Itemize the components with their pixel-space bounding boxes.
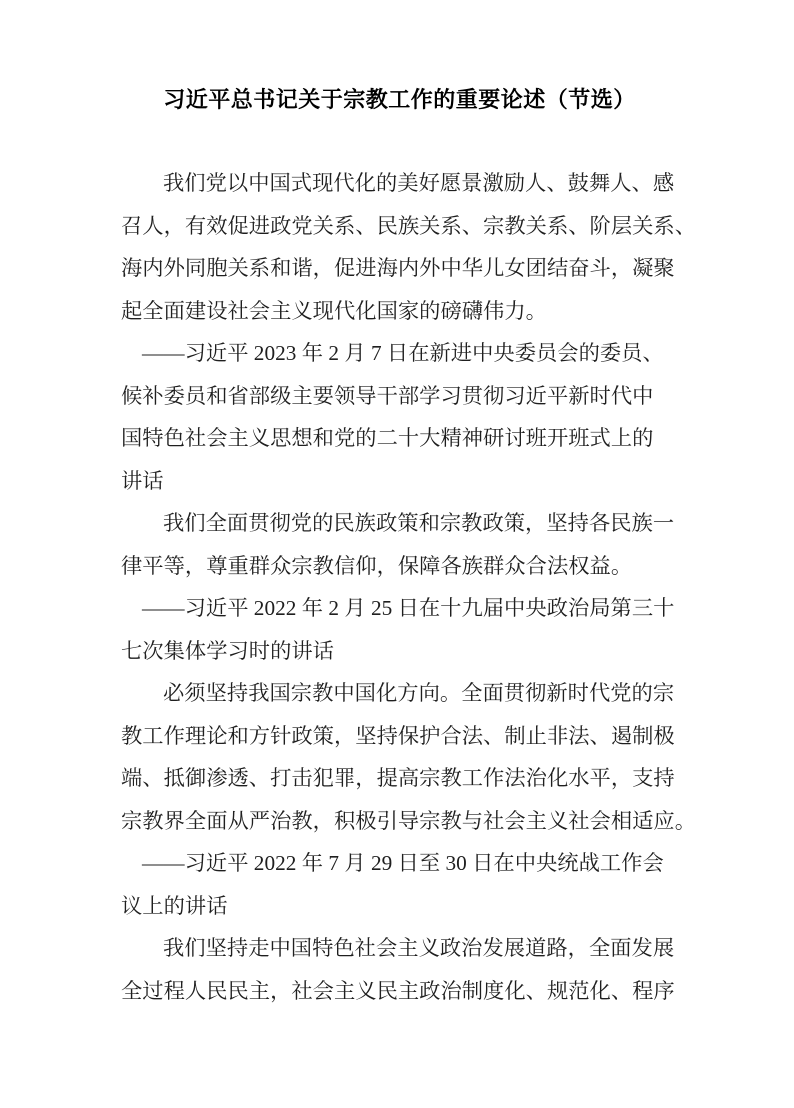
attribution-paragraph: ——习近平 2022 年 7 月 29 日至 30 日在中央统战工作会议上的讲话 [121, 842, 678, 927]
document-body: 我们党以中国式现代化的美好愿景激励人、鼓舞人、感召人，有效促进政党关系、民族关系… [121, 162, 678, 1012]
paragraph-line: 必须坚持我国宗教中国化方向。全面贯彻新时代党的宗 [121, 672, 678, 715]
paragraph-line: 我们坚持走中国特色社会主义政治发展道路，全面发展 [121, 927, 678, 970]
paragraph-line: ——习近平 2022 年 2 月 25 日在十九届中央政治局第三十 [121, 587, 678, 630]
body-paragraph: 我们全面贯彻党的民族政策和宗教政策，坚持各民族一律平等，尊重群众宗教信仰，保障各… [121, 502, 678, 587]
paragraph-line: 海内外同胞关系和谐，促进海内外中华儿女团结奋斗，凝聚 [121, 247, 678, 290]
paragraph-line: ——习近平 2022 年 7 月 29 日至 30 日在中央统战工作会 [121, 842, 678, 885]
paragraph-line: 律平等，尊重群众宗教信仰，保障各族群众合法权益。 [121, 545, 678, 588]
document-title: 习近平总书记关于宗教工作的重要论述（节选） [121, 83, 678, 116]
paragraph-line: 起全面建设社会主义现代化国家的磅礴伟力。 [121, 290, 678, 333]
paragraph-line: 宗教界全面从严治教，积极引导宗教与社会主义社会相适应。 [121, 800, 678, 843]
attribution-paragraph: ——习近平 2022 年 2 月 25 日在十九届中央政治局第三十七次集体学习时… [121, 587, 678, 672]
paragraph-line: 议上的讲话 [121, 885, 678, 928]
paragraph-line: 国特色社会主义思想和党的二十大精神研讨班开班式上的 [121, 417, 678, 460]
paragraph-line: 讲话 [121, 460, 678, 503]
paragraph-line: 七次集体学习时的讲话 [121, 630, 678, 673]
paragraph-line: 我们全面贯彻党的民族政策和宗教政策，坚持各民族一 [121, 502, 678, 545]
body-paragraph: 我们坚持走中国特色社会主义政治发展道路，全面发展全过程人民民主，社会主义民主政治… [121, 927, 678, 1012]
attribution-paragraph: ——习近平 2023 年 2 月 7 日在新进中央委员会的委员、候补委员和省部级… [121, 332, 678, 502]
paragraph-line: 召人，有效促进政党关系、民族关系、宗教关系、阶层关系、 [121, 205, 678, 248]
paragraph-line: 教工作理论和方针政策，坚持保护合法、制止非法、遏制极 [121, 715, 678, 758]
paragraph-line: 端、抵御渗透、打击犯罪，提高宗教工作法治化水平，支持 [121, 757, 678, 800]
paragraph-line: 全过程人民民主，社会主义民主政治制度化、规范化、程序 [121, 970, 678, 1013]
paragraph-line: ——习近平 2023 年 2 月 7 日在新进中央委员会的委员、 [121, 332, 678, 375]
body-paragraph: 我们党以中国式现代化的美好愿景激励人、鼓舞人、感召人，有效促进政党关系、民族关系… [121, 162, 678, 332]
paragraph-line: 候补委员和省部级主要领导干部学习贯彻习近平新时代中 [121, 375, 678, 418]
body-paragraph: 必须坚持我国宗教中国化方向。全面贯彻新时代党的宗教工作理论和方针政策，坚持保护合… [121, 672, 678, 842]
document-page: 习近平总书记关于宗教工作的重要论述（节选） 我们党以中国式现代化的美好愿景激励人… [0, 0, 794, 1108]
paragraph-line: 我们党以中国式现代化的美好愿景激励人、鼓舞人、感 [121, 162, 678, 205]
